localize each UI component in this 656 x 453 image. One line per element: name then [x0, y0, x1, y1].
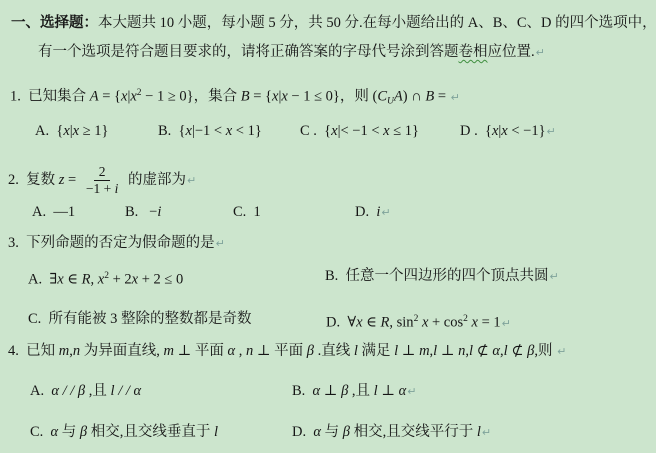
grammar-squiggle-text: 卷相: [459, 44, 488, 60]
text-run: α: [399, 383, 407, 399]
text-run: β: [343, 424, 350, 440]
fraction-numerator: 2: [94, 164, 111, 181]
text-run: D . {: [460, 123, 492, 139]
text-run: B: [425, 89, 434, 105]
text-run: =: [434, 89, 449, 105]
paragraph-return-mark: ↵: [547, 125, 556, 138]
q2-options: A. —1B. −iC. 1D. i↵: [0, 202, 656, 224]
q3-option-b: B. 任意一个四边形的四个顶点共圆↵: [325, 266, 559, 287]
text-run: A: [90, 89, 99, 105]
document-page: 一、选择题：本大题共 10 小题，每小题 5 分，共 50 分.在每小题给出的 …: [0, 0, 656, 453]
text-run: |< −1 <: [338, 123, 384, 139]
text-run: R: [82, 272, 91, 288]
text-run: l: [214, 424, 218, 440]
fraction: 2−1 + i: [84, 164, 121, 197]
paragraph-return-mark: ↵: [216, 237, 225, 250]
q1-options: A. {x|x ≥ 1}B. {x|−1 < x < 1}C . {x|< −1…: [0, 121, 656, 143]
text-run: A.: [30, 383, 51, 399]
paragraph-return-mark: ↵: [550, 270, 559, 283]
text-run: 4. 已知: [8, 343, 59, 359]
text-run: ⊥: [378, 383, 399, 399]
text-run: B.: [292, 383, 313, 399]
text-run: 2. 复数: [8, 172, 59, 188]
q3-options-row-1: A. ∃x ∈ R, x2 + 2x + 2 ≤ 0B. 任意一个四边形的四个顶…: [0, 266, 656, 288]
text-run: − 1 ≤ 0}，则 (: [288, 89, 378, 105]
text-run: C . {: [300, 123, 331, 139]
text-run: D.: [355, 204, 376, 220]
q4-options-row-1: A. α / / β ,且 l / / αB. α ⊥ β ,且 l ⊥ α↵: [0, 381, 656, 403]
paragraph-return-mark: ↵: [451, 91, 460, 104]
q1-option-c: C . {x|< −1 < x ≤ 1}: [300, 121, 419, 141]
text-run: α: [492, 343, 500, 359]
q4-option-b: B. α ⊥ β ,且 l ⊥ α↵: [292, 381, 416, 402]
q1-option-a: A. {x|x ≥ 1}: [35, 121, 109, 141]
text-run: i: [157, 204, 161, 220]
text-run: + 2: [109, 272, 132, 288]
text-run: 相交,且交线垂直于: [87, 424, 214, 440]
text-run: ≥ 1}: [79, 123, 108, 139]
text-run: C. 所有能被 3 整除的整数都是奇数: [28, 311, 252, 327]
text-run: < −1}: [508, 123, 546, 139]
text-run: D. ∀: [326, 315, 356, 331]
text-run: =: [64, 172, 79, 188]
text-run: B. {: [158, 123, 186, 139]
text-run: A: [394, 89, 403, 105]
q2-option-b: B. −i: [125, 202, 161, 222]
text-run: i: [115, 181, 119, 196]
q3-option-d: D. ∀x ∈ R, sin2 x + cos2 x = 1↵: [326, 309, 511, 334]
paragraph-return-mark: ↵: [502, 317, 511, 330]
text-run: α: [134, 383, 142, 399]
text-run: B: [241, 89, 250, 105]
q1-option-b: B. {x|−1 < x < 1}: [158, 121, 262, 141]
text-run: D.: [292, 424, 313, 440]
text-run: / /: [115, 383, 134, 399]
text-run: 相交,且交线平行于: [350, 424, 477, 440]
text-run: β: [307, 343, 314, 359]
text-run: α: [227, 343, 235, 359]
text-run: .直线: [314, 343, 354, 359]
text-run: C: [377, 89, 387, 105]
text-run: 3. 下列命题的否定为假命题的是: [8, 235, 215, 251]
text-run: C.: [30, 424, 51, 440]
paragraph-return-mark: ↵: [381, 206, 390, 219]
paragraph-return-mark: ↵: [557, 345, 566, 358]
text-run: = 1: [478, 315, 501, 331]
text-run: ∈: [363, 315, 381, 331]
text-run: C. 1: [233, 204, 261, 220]
text-run: m: [419, 343, 429, 359]
text-run: ⊄: [473, 343, 492, 359]
text-run: + 2 ≤ 0: [138, 272, 183, 288]
text-run: = {: [250, 89, 272, 105]
text-run: U: [387, 97, 394, 107]
q4-stem: 4. 已知 m,n 为异面直线, m ⊥ 平面 α , n ⊥ 平面 β .直线…: [8, 341, 566, 362]
text-run: ,: [91, 272, 98, 288]
text-run: A. {: [35, 123, 63, 139]
text-run: ⊥: [320, 383, 341, 399]
text-run: 与: [321, 424, 343, 440]
text-run: B. 任意一个四边形的四个顶点共圆: [325, 268, 549, 284]
text-run: 为异面直线,: [80, 343, 163, 359]
text-run: m: [59, 343, 69, 359]
text-run: α: [51, 383, 59, 399]
text-run: ,且: [85, 383, 110, 399]
q1-stem: 1. 已知集合 A = {x|x2 − 1 ≥ 0}，集合 B = {x|x −…: [10, 83, 460, 112]
text-run: ⊥: [437, 343, 458, 359]
text-run: ,且: [348, 383, 373, 399]
q2-option-c: C. 1: [233, 202, 261, 222]
q2-option-d: D. i↵: [355, 202, 391, 223]
text-run: ≤ 1}: [390, 123, 419, 139]
q3-option-c: C. 所有能被 3 整除的整数都是奇数: [28, 309, 252, 329]
text-run: < 1}: [232, 123, 262, 139]
q1-option-d: D . {x|x < −1}↵: [460, 121, 556, 142]
paragraph-return-mark: ↵: [187, 174, 196, 187]
text-run: ⊥ 平面: [253, 343, 307, 359]
text-run: 2: [99, 164, 106, 179]
text-run: − 1 ≥ 0}，集合: [142, 89, 241, 105]
text-run: 本大题共 10 小题，每小题 5 分，共 50 分.在每小题给出的 A、B、C、…: [98, 15, 656, 31]
paragraph-return-mark: ↵: [407, 385, 416, 398]
q4-options-row-2: C. α 与 β 相交,且交线垂直于 lD. α 与 β 相交,且交线平行于 l…: [0, 422, 656, 444]
text-run: 有一个选项是符合题目要求的，请将正确答案的字母代号涂到答题: [38, 44, 459, 60]
q4-option-c: C. α 与 β 相交,且交线垂直于 l: [30, 422, 218, 442]
text-run: B. −: [125, 204, 157, 220]
text-run: / /: [59, 383, 78, 399]
q2-stem: 2. 复数 z = 2−1 + i 的虚部为↵: [8, 164, 196, 197]
paragraph-return-mark: ↵: [536, 46, 545, 59]
q4-option-d: D. α 与 β 相交,且交线平行于 l↵: [292, 422, 491, 443]
text-run: ,: [235, 343, 246, 359]
q3-options-row-2: C. 所有能被 3 整除的整数都是奇数D. ∀x ∈ R, sin2 x + c…: [0, 309, 656, 331]
text-run: m: [163, 343, 173, 359]
text-run: ) ∩: [403, 89, 426, 105]
text-run: A. —1: [32, 204, 75, 220]
text-run: , sin: [389, 315, 413, 331]
text-run: ⊥ 平面: [174, 343, 228, 359]
text-run: l: [477, 424, 481, 440]
text-run: 应位置.: [488, 44, 535, 60]
q4-option-a: A. α / / β ,且 l / / α: [30, 381, 141, 401]
header-line-1: 一、选择题：本大题共 10 小题，每小题 5 分，共 50 分.在每小题给出的 …: [11, 13, 656, 33]
q3-stem: 3. 下列命题的否定为假命题的是↵: [8, 233, 225, 254]
text-run: −1 +: [86, 181, 115, 196]
text-run: = {: [99, 89, 121, 105]
text-run: + cos: [428, 315, 463, 331]
text-run: |−1 <: [192, 123, 226, 139]
q2-option-a: A. —1: [32, 202, 75, 222]
text-run: 一、选择题：: [11, 15, 98, 31]
text-run: 与: [58, 424, 80, 440]
text-run: ⊄: [508, 343, 527, 359]
header-line-2: 有一个选项是符合题目要求的，请将正确答案的字母代号涂到答题卷相应位置.↵: [38, 42, 545, 63]
text-run: A. ∃: [28, 272, 57, 288]
q3-option-a: A. ∃x ∈ R, x2 + 2x + 2 ≤ 0: [28, 266, 183, 290]
text-run: i: [376, 204, 380, 220]
text-run: 的虚部为: [124, 172, 186, 188]
fraction-denominator: −1 + i: [84, 181, 121, 197]
paragraph-return-mark: ↵: [482, 426, 491, 439]
text-run: ⊥: [398, 343, 419, 359]
text-run: ∈: [64, 272, 82, 288]
text-run: 满足: [358, 343, 394, 359]
text-run: ,则: [534, 343, 556, 359]
text-run: 1. 已知集合: [10, 89, 90, 105]
text-run: α: [313, 424, 321, 440]
